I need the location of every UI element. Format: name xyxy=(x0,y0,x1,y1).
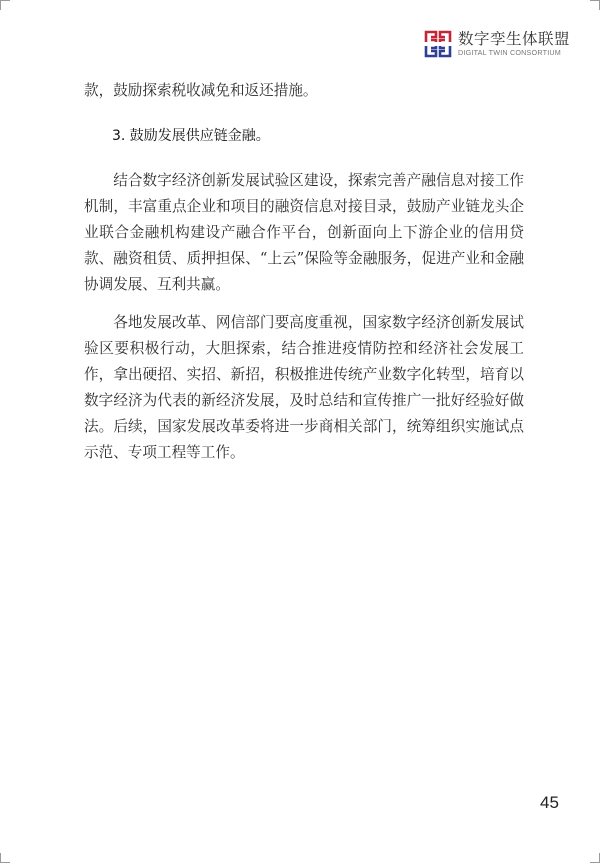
section-heading: 3. 鼓励发展供应链金融。 xyxy=(112,123,524,149)
header-logo: 数字孪生体联盟 DIGITAL TWIN CONSORTIUM xyxy=(424,27,570,61)
page-number: 45 xyxy=(540,793,559,813)
paragraph-1: 结合数字经济创新发展试验区建设，探索完善产融信息对接工作机制，丰富重点企业和项目… xyxy=(84,168,524,298)
crop-mark-bottom-left-v xyxy=(0,853,1,863)
crop-mark-top-left-v xyxy=(0,0,1,10)
paragraph-2: 各地发展改革、网信部门要高度重视，国家数字经济创新发展试验区要积极行动，大胆探索… xyxy=(84,310,524,466)
org-name-en: DIGITAL TWIN CONSORTIUM xyxy=(458,48,570,58)
digital-twin-consortium-logo-icon xyxy=(424,29,452,59)
continuation-paragraph: 款，鼓励探索税收减免和返还措施。 xyxy=(84,78,524,104)
org-name-cn: 数字孪生体联盟 xyxy=(458,30,570,48)
crop-mark-top-left-h xyxy=(0,0,10,1)
document-body: 款，鼓励探索税收减免和返还措施。 3. 鼓励发展供应链金融。 结合数字经济创新发… xyxy=(84,78,524,466)
